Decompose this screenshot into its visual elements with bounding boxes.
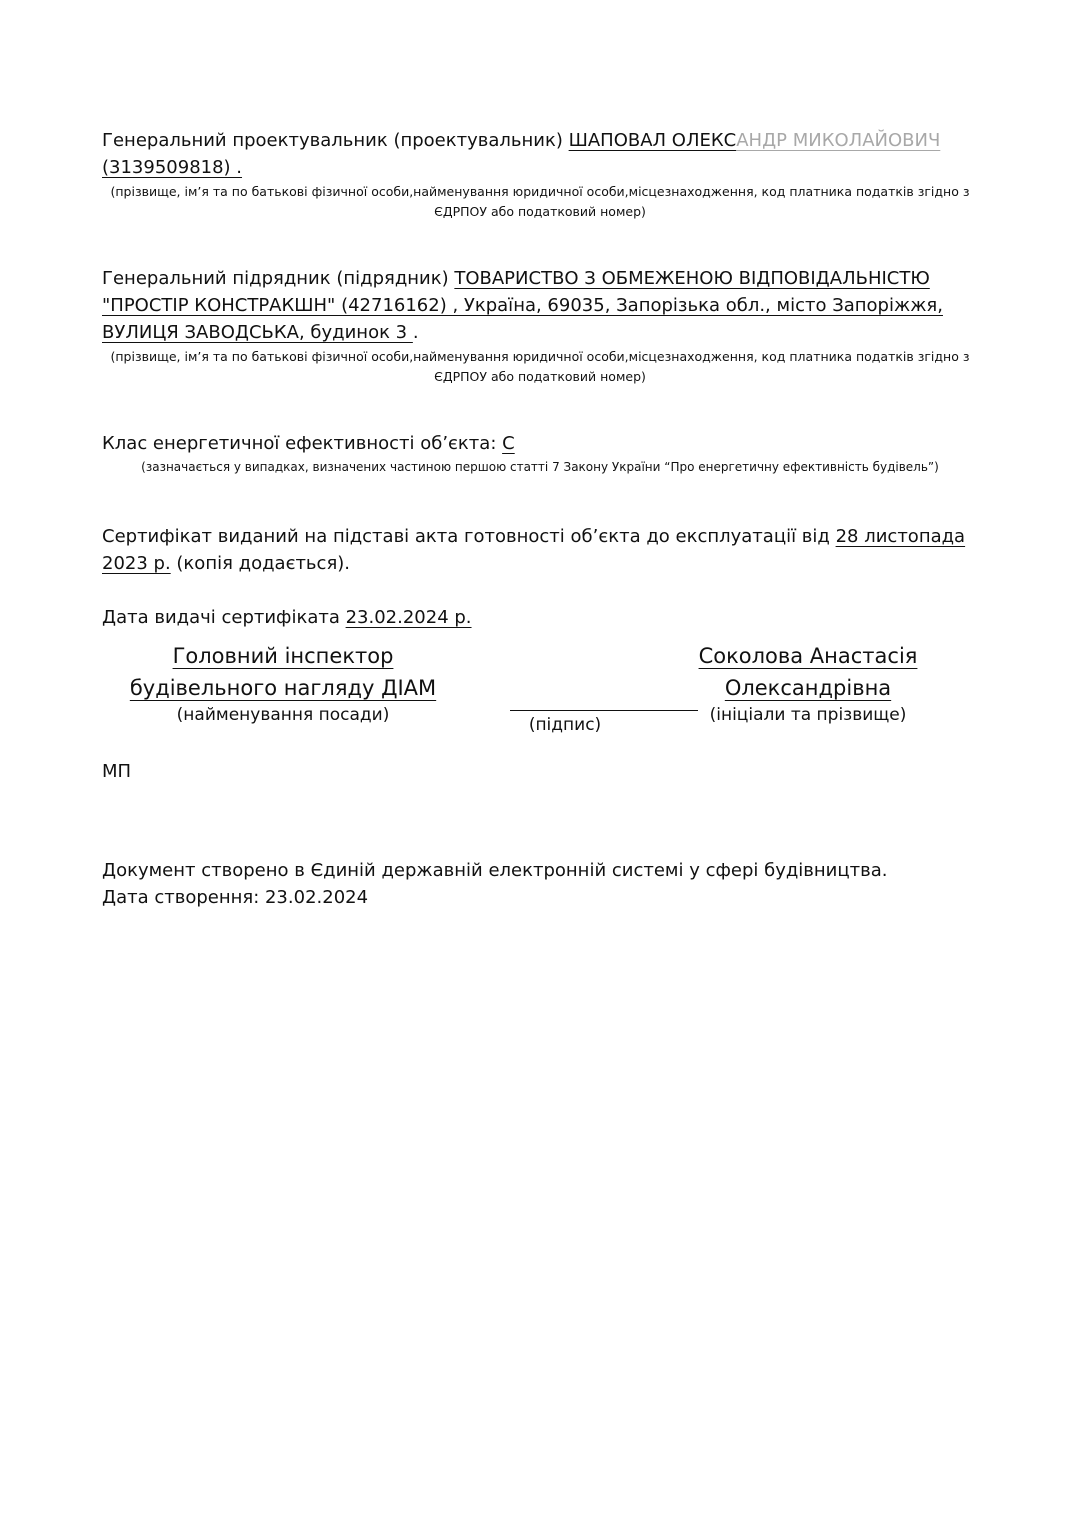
designer-label: Генеральний проектувальник (проектувальн… — [102, 130, 563, 151]
footer-creation-date: Дата створення: 23.02.2024 — [102, 884, 982, 911]
basis-text-after: (копія додається). — [171, 553, 350, 574]
basis-section: Сертифікат виданий на підставі акта гото… — [102, 523, 982, 577]
footer-line1: Документ створено в Єдиній державній еле… — [102, 857, 982, 884]
name-line2: Олександрівна — [725, 672, 891, 704]
energy-class-section: Клас енергетичної ефективності об’єкта: … — [102, 430, 982, 457]
signatory-name-block: Соколова Анастасія Олександрівна (ініціа… — [690, 640, 926, 726]
footer-section: Документ створено в Єдиній державній еле… — [102, 857, 982, 911]
designer-caption: (прізвище, ім’я та по батькові фізичної … — [102, 182, 978, 222]
designer-value-visible: ШАПОВАЛ ОЛЕКС — [569, 130, 737, 151]
issue-date-section: Дата видачі сертифіката 23.02.2024 р. — [102, 604, 982, 631]
position-line2: будівельного нагляду ДІАМ — [130, 672, 436, 704]
energy-class-label: Клас енергетичної ефективності об’єкта: — [102, 433, 496, 454]
contractor-address-line2: ВУЛИЦЯ ЗАВОДСЬКА, будинок 3 — [102, 322, 413, 343]
designer-caption-line2: ЄДРПОУ або податковий номер) — [102, 202, 978, 222]
position-caption: (найменування посади) — [102, 704, 464, 726]
name-line1: Соколова Анастасія — [699, 640, 918, 672]
basis-date-part2: 2023 р. — [102, 553, 171, 574]
name-caption: (ініціали та прізвище) — [690, 704, 926, 726]
position-line1: Головний інспектор — [173, 640, 394, 672]
basis-date-part1: 28 листопада — [836, 526, 966, 547]
contractor-caption-line2: ЄДРПОУ або податковий номер) — [102, 367, 978, 387]
contractor-period: . — [413, 322, 419, 343]
signature-caption: (підпис) — [510, 714, 620, 736]
contractor-caption: (прізвище, ім’я та по батькові фізичної … — [102, 347, 978, 387]
signature-caption-block: (підпис) — [510, 714, 620, 736]
signatory-position-block: Головний інспектор будівельного нагляду … — [102, 640, 464, 726]
issue-date-value: 23.02.2024 р. — [346, 607, 472, 628]
stamp-label: МП — [102, 758, 982, 785]
contractor-caption-line1: (прізвище, ім’я та по батькові фізичної … — [102, 347, 978, 367]
basis-text: Сертифікат виданий на підставі акта гото… — [102, 526, 830, 547]
issue-date-label: Дата видачі сертифіката — [102, 607, 340, 628]
contractor-section: Генеральний підрядник (підрядник) ТОВАРИ… — [102, 265, 982, 346]
designer-value-faded: АНДР МИКОЛАЙОВИЧ — [736, 130, 940, 151]
contractor-name: ТОВАРИСТВО З ОБМЕЖЕНОЮ ВІДПОВІДАЛЬНІСТЮ — [454, 268, 929, 289]
signature-line — [510, 710, 698, 711]
designer-section: Генеральний проектувальник (проектувальн… — [102, 127, 982, 181]
certificate-page: Генеральний проектувальник (проектувальн… — [0, 0, 1080, 1528]
contractor-label: Генеральний підрядник (підрядник) — [102, 268, 449, 289]
designer-tax-id: (3139509818) . — [102, 157, 242, 178]
designer-caption-line1: (прізвище, ім’я та по батькові фізичної … — [102, 182, 978, 202]
energy-class-value: С — [502, 433, 515, 454]
contractor-address-line1: "ПРОСТІР КОНСТРАКШН" (42716162) , Україн… — [102, 295, 943, 316]
energy-class-caption: (зазначається у випадках, визначених час… — [102, 457, 978, 477]
